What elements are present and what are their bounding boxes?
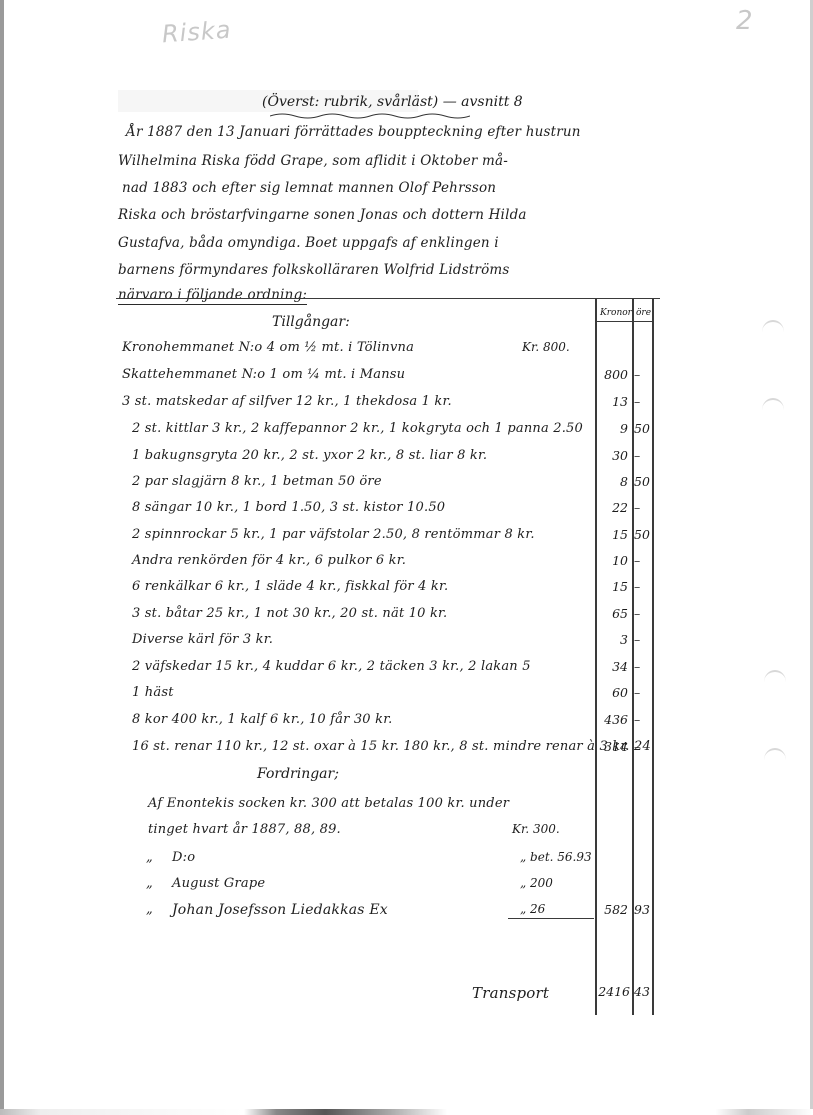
asset-ore: – xyxy=(634,632,652,647)
archive-name-pencil: Riska xyxy=(161,16,232,49)
asset-ore: 50 xyxy=(634,527,652,542)
asset-ore: – xyxy=(634,579,652,594)
asset-kronor: 314 xyxy=(592,739,628,754)
asset-description: Skattehemmanet N:o 1 om ¼ mt. i Mansu xyxy=(122,367,405,382)
asset-kronor: 30 xyxy=(592,448,628,463)
asset-kronor: 13 xyxy=(592,394,628,409)
asset-description: Diverse kärl för 3 kr. xyxy=(132,632,273,647)
asset-description: 16 st. renar 110 kr., 12 st. oxar à 15 k… xyxy=(132,739,651,754)
intro-line: närvaro i följande ordning: xyxy=(118,287,307,305)
asset-description: Kronohemmanet N:o 4 om ½ mt. i Tölinvna xyxy=(122,340,414,355)
asset-kronor: 15 xyxy=(592,579,628,594)
asset-description: 8 kor 400 kr., 1 kalf 6 kr., 10 får 30 k… xyxy=(132,712,393,727)
kronor-header: Kronor xyxy=(600,308,632,318)
claim-ditto-mark: „ xyxy=(146,850,153,865)
binder-hole-mark xyxy=(764,670,786,694)
claim-side-amount: „ 26 xyxy=(520,902,545,916)
asset-side-amount: Kr. 800. xyxy=(522,340,570,354)
asset-description: 2 st. kittlar 3 kr., 2 kaffepannor 2 kr.… xyxy=(132,421,583,436)
asset-kronor: 34 xyxy=(592,659,628,674)
asset-ore: 50 xyxy=(634,421,652,436)
binder-hole-mark xyxy=(762,398,784,422)
claim-ore: 93 xyxy=(634,902,652,917)
binder-hole-mark xyxy=(762,320,784,344)
asset-description: 2 väfskedar 15 kr., 4 kuddar 6 kr., 2 tä… xyxy=(132,659,531,674)
asset-description: 1 häst xyxy=(132,685,174,700)
claim-description: tinget hvart år 1887, 88, 89. xyxy=(148,822,341,837)
ore-header: öre xyxy=(636,308,651,318)
claim-ditto-mark: „ xyxy=(146,876,153,891)
scan-edge-left xyxy=(0,0,4,1115)
claims-heading: Fordringar; xyxy=(257,766,339,782)
page-title: (Överst: rubrik, svårläst) — avsnitt 8 xyxy=(262,94,523,110)
asset-kronor: 10 xyxy=(592,553,628,568)
asset-kronor: 800 xyxy=(592,367,628,382)
page-number-pencil: 2 xyxy=(736,6,753,36)
transport-rule-1 xyxy=(595,985,597,1015)
claim-ditto-mark: „ xyxy=(146,902,153,917)
claim-side-amount: „ 200 xyxy=(520,876,553,890)
asset-kronor: 65 xyxy=(592,606,628,621)
assets-heading: Tillgångar: xyxy=(272,314,350,330)
claim-description: Af Enontekis socken kr. 300 att betalas … xyxy=(148,796,509,811)
asset-ore: – xyxy=(634,500,652,515)
asset-ore: – xyxy=(634,712,652,727)
intro-line: Wilhelmina Riska född Grape, som aflidit… xyxy=(118,153,508,169)
intro-line: Riska och bröstarfvingarne sonen Jonas o… xyxy=(118,207,527,223)
asset-ore: – xyxy=(634,394,652,409)
claim-description: August Grape xyxy=(172,876,265,891)
asset-ore: – xyxy=(634,367,652,382)
title-flourish xyxy=(270,112,470,120)
asset-kronor: 3 xyxy=(592,632,628,647)
transport-ore: 43 xyxy=(634,984,652,999)
asset-description: 3 st. båtar 25 kr., 1 not 30 kr., 20 st.… xyxy=(132,606,447,621)
transport-label: Transport xyxy=(472,984,549,1002)
asset-description: 3 st. matskedar af silfver 12 kr., 1 the… xyxy=(122,394,452,409)
asset-kronor: 436 xyxy=(592,712,628,727)
scan-edge-bottom xyxy=(0,1109,813,1115)
column-header-rule xyxy=(596,321,652,322)
claim-description: Johan Josefsson Liedakkas Ex xyxy=(172,902,388,918)
asset-kronor: 22 xyxy=(592,500,628,515)
asset-description: 2 spinnrockar 5 kr., 1 par väfstolar 2.5… xyxy=(132,527,535,542)
asset-ore: – xyxy=(634,685,652,700)
asset-ore: – xyxy=(634,448,652,463)
asset-ore: – xyxy=(634,606,652,621)
asset-kronor: 9 xyxy=(592,421,628,436)
asset-kronor: 15 xyxy=(592,527,628,542)
top-rule xyxy=(116,298,660,299)
intro-line: barnens förmyndares folkskolläraren Wolf… xyxy=(118,262,510,278)
claim-kronor: 582 xyxy=(592,902,628,917)
ore-column-right-rule xyxy=(652,298,654,988)
claim-side-amount: Kr. 300. xyxy=(512,822,560,836)
intro-line: nad 1883 och efter sig lemnat mannen Olo… xyxy=(122,180,496,196)
claim-side-amount: „ bet. 56.93 xyxy=(520,850,592,864)
intro-line: År 1887 den 13 Januari förrättades boupp… xyxy=(126,124,581,140)
asset-description: Andra renkörden för 4 kr., 6 pulkor 6 kr… xyxy=(132,553,406,568)
asset-description: 1 bakugnsgryta 20 kr., 2 st. yxor 2 kr.,… xyxy=(132,448,487,463)
asset-description: 8 sängar 10 kr., 1 bord 1.50, 3 st. kist… xyxy=(132,500,445,515)
binder-hole-mark xyxy=(764,748,786,772)
asset-description: 2 par slagjärn 8 kr., 1 betman 50 öre xyxy=(132,474,382,489)
asset-kronor: 60 xyxy=(592,685,628,700)
asset-ore: – xyxy=(634,739,652,754)
transport-rule-2 xyxy=(632,985,634,1015)
asset-ore: – xyxy=(634,659,652,674)
transport-rule-3 xyxy=(652,985,654,1015)
claims-sum-rule xyxy=(508,918,594,919)
asset-ore: – xyxy=(634,553,652,568)
asset-ore: 50 xyxy=(634,474,652,489)
asset-description: 6 renkälkar 6 kr., 1 släde 4 kr., fiskka… xyxy=(132,579,448,594)
transport-kronor: 2416 xyxy=(594,984,630,999)
intro-line: Gustafva, båda omyndiga. Boet uppgafs af… xyxy=(118,235,499,251)
claim-description: D:o xyxy=(172,850,195,865)
asset-kronor: 8 xyxy=(592,474,628,489)
